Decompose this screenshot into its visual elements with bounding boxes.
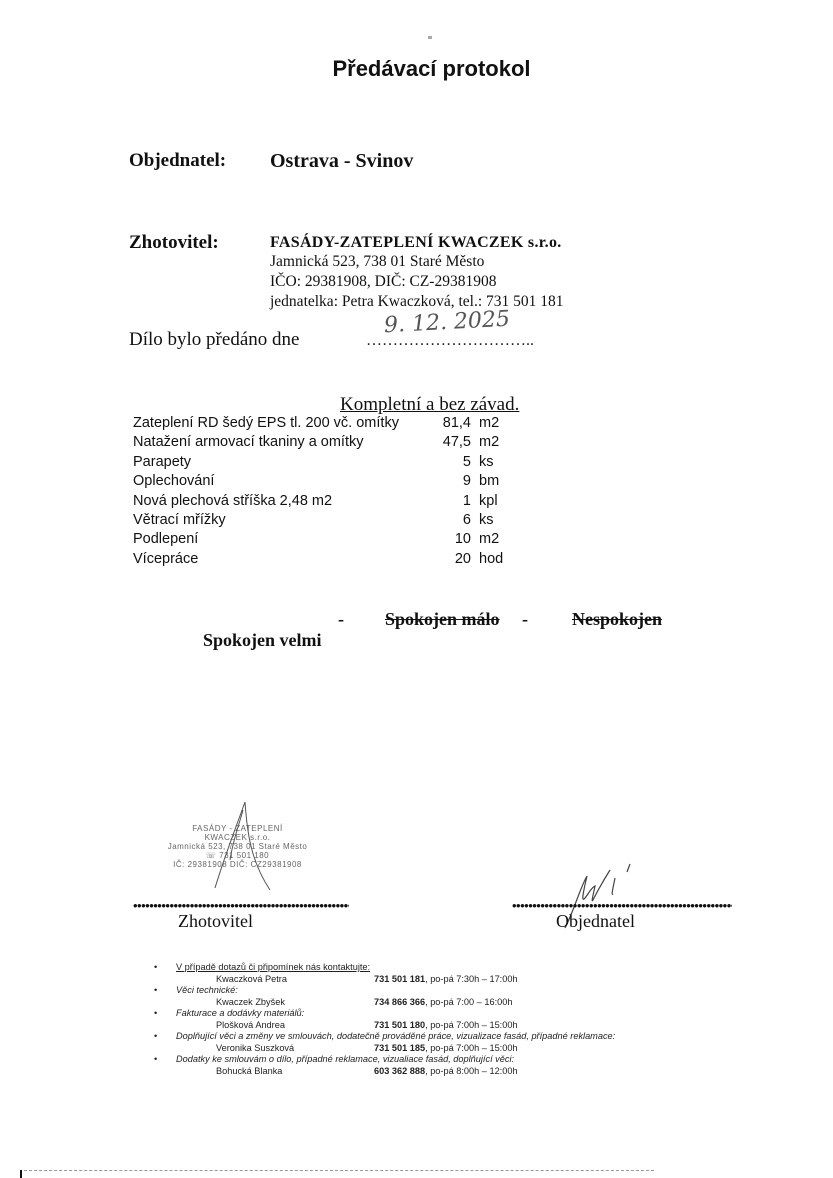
contact-topic-text: Věci technické:	[176, 985, 238, 997]
contact-person: Plošková Andrea731 501 180, po-pá 7:00h …	[154, 1020, 634, 1032]
contact-phone-number: 731 501 185	[374, 1043, 425, 1053]
item-name: Zateplení RD šedý EPS tl. 200 vč. omítky	[133, 414, 405, 433]
contact-topic: •V případě dotazů či připomínek nás kont…	[154, 962, 634, 974]
table-row: Větrací mřížky6ks	[133, 511, 503, 530]
customer-label: Objednatel:	[129, 150, 226, 172]
item-unit: kpl	[479, 492, 503, 511]
contact-topic-text: V případě dotazů či připomínek nás konta…	[176, 962, 370, 974]
satisfaction-separator-1: -	[338, 609, 344, 630]
completion-status: Kompletní a bez závad.	[340, 394, 519, 416]
item-name: Oplechování	[133, 472, 405, 491]
item-unit: bm	[479, 472, 503, 491]
contractor-block: FASÁDY-ZATEPLENÍ KWACZEK s.r.o. Jamnická…	[270, 234, 564, 312]
contact-phone: 734 866 366, po-pá 7:00 – 16:00h	[374, 997, 512, 1009]
contractor-signature	[195, 800, 275, 895]
contact-hours: , po-pá 7:00h – 15:00h	[425, 1020, 517, 1030]
table-row: Oplechování9bm	[133, 472, 503, 491]
contact-person: Kwaczek Zbyšek734 866 366, po-pá 7:00 – …	[154, 997, 634, 1009]
item-name: Nová plechová stříška 2,48 m2	[133, 492, 405, 511]
item-quantity: 1	[405, 492, 479, 511]
work-items-table: Zateplení RD šedý EPS tl. 200 vč. omítky…	[133, 414, 503, 569]
page-edge-line	[24, 1170, 654, 1171]
satisfaction-option-little: Spokojen málo	[385, 609, 500, 630]
contact-name: Bohucká Blanka	[216, 1066, 282, 1078]
item-name: Podlepení	[133, 530, 405, 549]
customer-signature-label: Objednatel	[556, 911, 635, 932]
bullet-icon: •	[154, 962, 157, 974]
page-edge-mark	[20, 1170, 22, 1178]
bullet-icon: •	[154, 1054, 157, 1066]
contact-topic-text: Doplňující věci a změny ve smlouvách, do…	[176, 1031, 615, 1043]
contact-topic: •Věci technické:	[154, 985, 634, 997]
bullet-icon: •	[154, 985, 157, 997]
contact-person: Kwaczková Petra731 501 181, po-pá 7:30h …	[154, 974, 634, 986]
contractor-address: Jamnická 523, 738 01 Staré Město	[270, 252, 564, 272]
item-quantity: 6	[405, 511, 479, 530]
contact-phone: 603 362 888, po-pá 8:00h – 12:00h	[374, 1066, 518, 1078]
contractor-signature-label: Zhotovitel	[178, 911, 253, 932]
contact-phone-number: 731 501 181	[374, 974, 425, 984]
contact-person: Veronika Suszková731 501 185, po-pá 7:00…	[154, 1043, 634, 1055]
item-unit: m2	[479, 433, 503, 452]
item-name: Natažení armovací tkaniny a omítky	[133, 433, 405, 452]
item-unit: m2	[479, 414, 503, 433]
handover-label: Dílo bylo předáno dne	[129, 329, 299, 351]
bullet-icon: •	[154, 1008, 157, 1020]
contact-hours: , po-pá 7:00 – 16:00h	[425, 997, 512, 1007]
table-row: Natažení armovací tkaniny a omítky47,5m2	[133, 433, 503, 452]
contacts-section: •V případě dotazů či připomínek nás kont…	[154, 962, 634, 1077]
contact-name: Plošková Andrea	[216, 1020, 285, 1032]
item-unit: hod	[479, 550, 503, 569]
satisfaction-option-unsatisfied: Nespokojen	[572, 609, 662, 630]
contact-topic-text: Dodatky ke smlouvám o dílo, případné rek…	[176, 1054, 514, 1066]
contact-hours: , po-pá 8:00h – 12:00h	[425, 1066, 517, 1076]
scan-speck	[428, 36, 432, 39]
contact-name: Kwaczek Zbyšek	[216, 997, 285, 1009]
contact-phone-number: 731 501 180	[374, 1020, 425, 1030]
contact-phone: 731 501 185, po-pá 7:00h – 15:00h	[374, 1043, 518, 1055]
item-name: Vícepráce	[133, 550, 405, 569]
contact-phone-number: 603 362 888	[374, 1066, 425, 1076]
item-quantity: 10	[405, 530, 479, 549]
contractor-ids: IČO: 29381908, DIČ: CZ-29381908	[270, 272, 564, 292]
contact-phone: 731 501 181, po-pá 7:30h – 17:00h	[374, 974, 518, 986]
item-quantity: 81,4	[405, 414, 479, 433]
contractor-director: jednatelka: Petra Kwaczková, tel.: 731 5…	[270, 292, 564, 312]
contact-hours: , po-pá 7:30h – 17:00h	[425, 974, 517, 984]
table-row: Nová plechová stříška 2,48 m21kpl	[133, 492, 503, 511]
contact-phone: 731 501 180, po-pá 7:00h – 15:00h	[374, 1020, 518, 1032]
item-quantity: 5	[405, 453, 479, 472]
contact-topic: •Fakturace a dodávky materiálů:	[154, 1008, 634, 1020]
document-title: Předávací protokol	[0, 56, 833, 82]
customer-value: Ostrava - Svinov	[270, 150, 413, 173]
item-quantity: 47,5	[405, 433, 479, 452]
satisfaction-separator-2: -	[522, 609, 528, 630]
contractor-label: Zhotovitel:	[129, 232, 219, 254]
item-name: Větrací mřížky	[133, 511, 405, 530]
satisfaction-very-label: Spokojen velmi	[203, 630, 322, 650]
item-unit: ks	[479, 453, 503, 472]
bullet-icon: •	[154, 1031, 157, 1043]
table-row: Podlepení10m2	[133, 530, 503, 549]
table-row: Vícepráce20hod	[133, 550, 503, 569]
contact-name: Veronika Suszková	[216, 1043, 294, 1055]
table-row: Parapety5ks	[133, 453, 503, 472]
satisfaction-option-very: Spokojen velmi	[194, 609, 322, 651]
contact-topic-text: Fakturace a dodávky materiálů:	[176, 1008, 304, 1020]
contact-topic: •Doplňující věci a změny ve smlouvách, d…	[154, 1031, 634, 1043]
item-quantity: 20	[405, 550, 479, 569]
contact-name: Kwaczková Petra	[216, 974, 287, 986]
contact-topic: •Dodatky ke smlouvám o dílo, případné re…	[154, 1054, 634, 1066]
item-unit: ks	[479, 511, 503, 530]
table-row: Zateplení RD šedý EPS tl. 200 vč. omítky…	[133, 414, 503, 433]
item-name: Parapety	[133, 453, 405, 472]
item-unit: m2	[479, 530, 503, 549]
contact-person: Bohucká Blanka603 362 888, po-pá 8:00h –…	[154, 1066, 634, 1078]
contractor-name: FASÁDY-ZATEPLENÍ KWACZEK s.r.o.	[270, 234, 564, 252]
item-quantity: 9	[405, 472, 479, 491]
contact-hours: , po-pá 7:00h – 15:00h	[425, 1043, 517, 1053]
contact-phone-number: 734 866 366	[374, 997, 425, 1007]
